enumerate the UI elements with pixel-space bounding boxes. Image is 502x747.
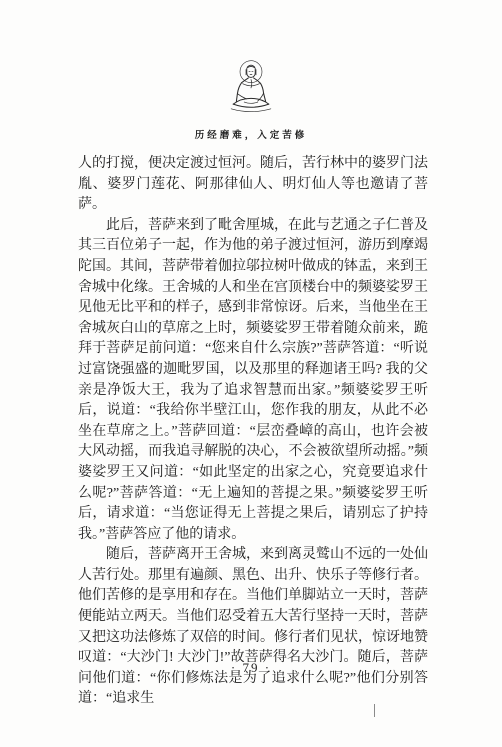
paragraph: 此后，菩萨来到了毗舍厘城，在此与艺通之子仁普及其三百位弟子一起，作为他的弟子渡过… bbox=[78, 216, 428, 546]
page-number: · 79 · bbox=[0, 660, 502, 676]
illustration-caption: 历经磨难，入定苦修 bbox=[0, 127, 502, 141]
seated-buddha-icon bbox=[213, 56, 289, 124]
paragraph: 随后，菩萨离开王舍城，来到离灵鹫山不远的一处仙人苦行处。那里有遍颜、黑色、出升、… bbox=[78, 545, 428, 710]
buddha-illustration bbox=[213, 56, 289, 124]
book-page: 历经磨难，入定苦修 人的打搅，便决定渡过恒河。随后，苦行林中的婆罗门法胤、婆罗门… bbox=[0, 0, 502, 747]
margin-tick bbox=[374, 704, 375, 717]
paragraph-continuation: 人的打搅，便决定渡过恒河。随后，苦行林中的婆罗门法胤、婆罗门莲花、阿那律仙人、明… bbox=[78, 154, 428, 216]
body-text: 人的打搅，便决定渡过恒河。随后，苦行林中的婆罗门法胤、婆罗门莲花、阿那律仙人、明… bbox=[78, 154, 428, 710]
